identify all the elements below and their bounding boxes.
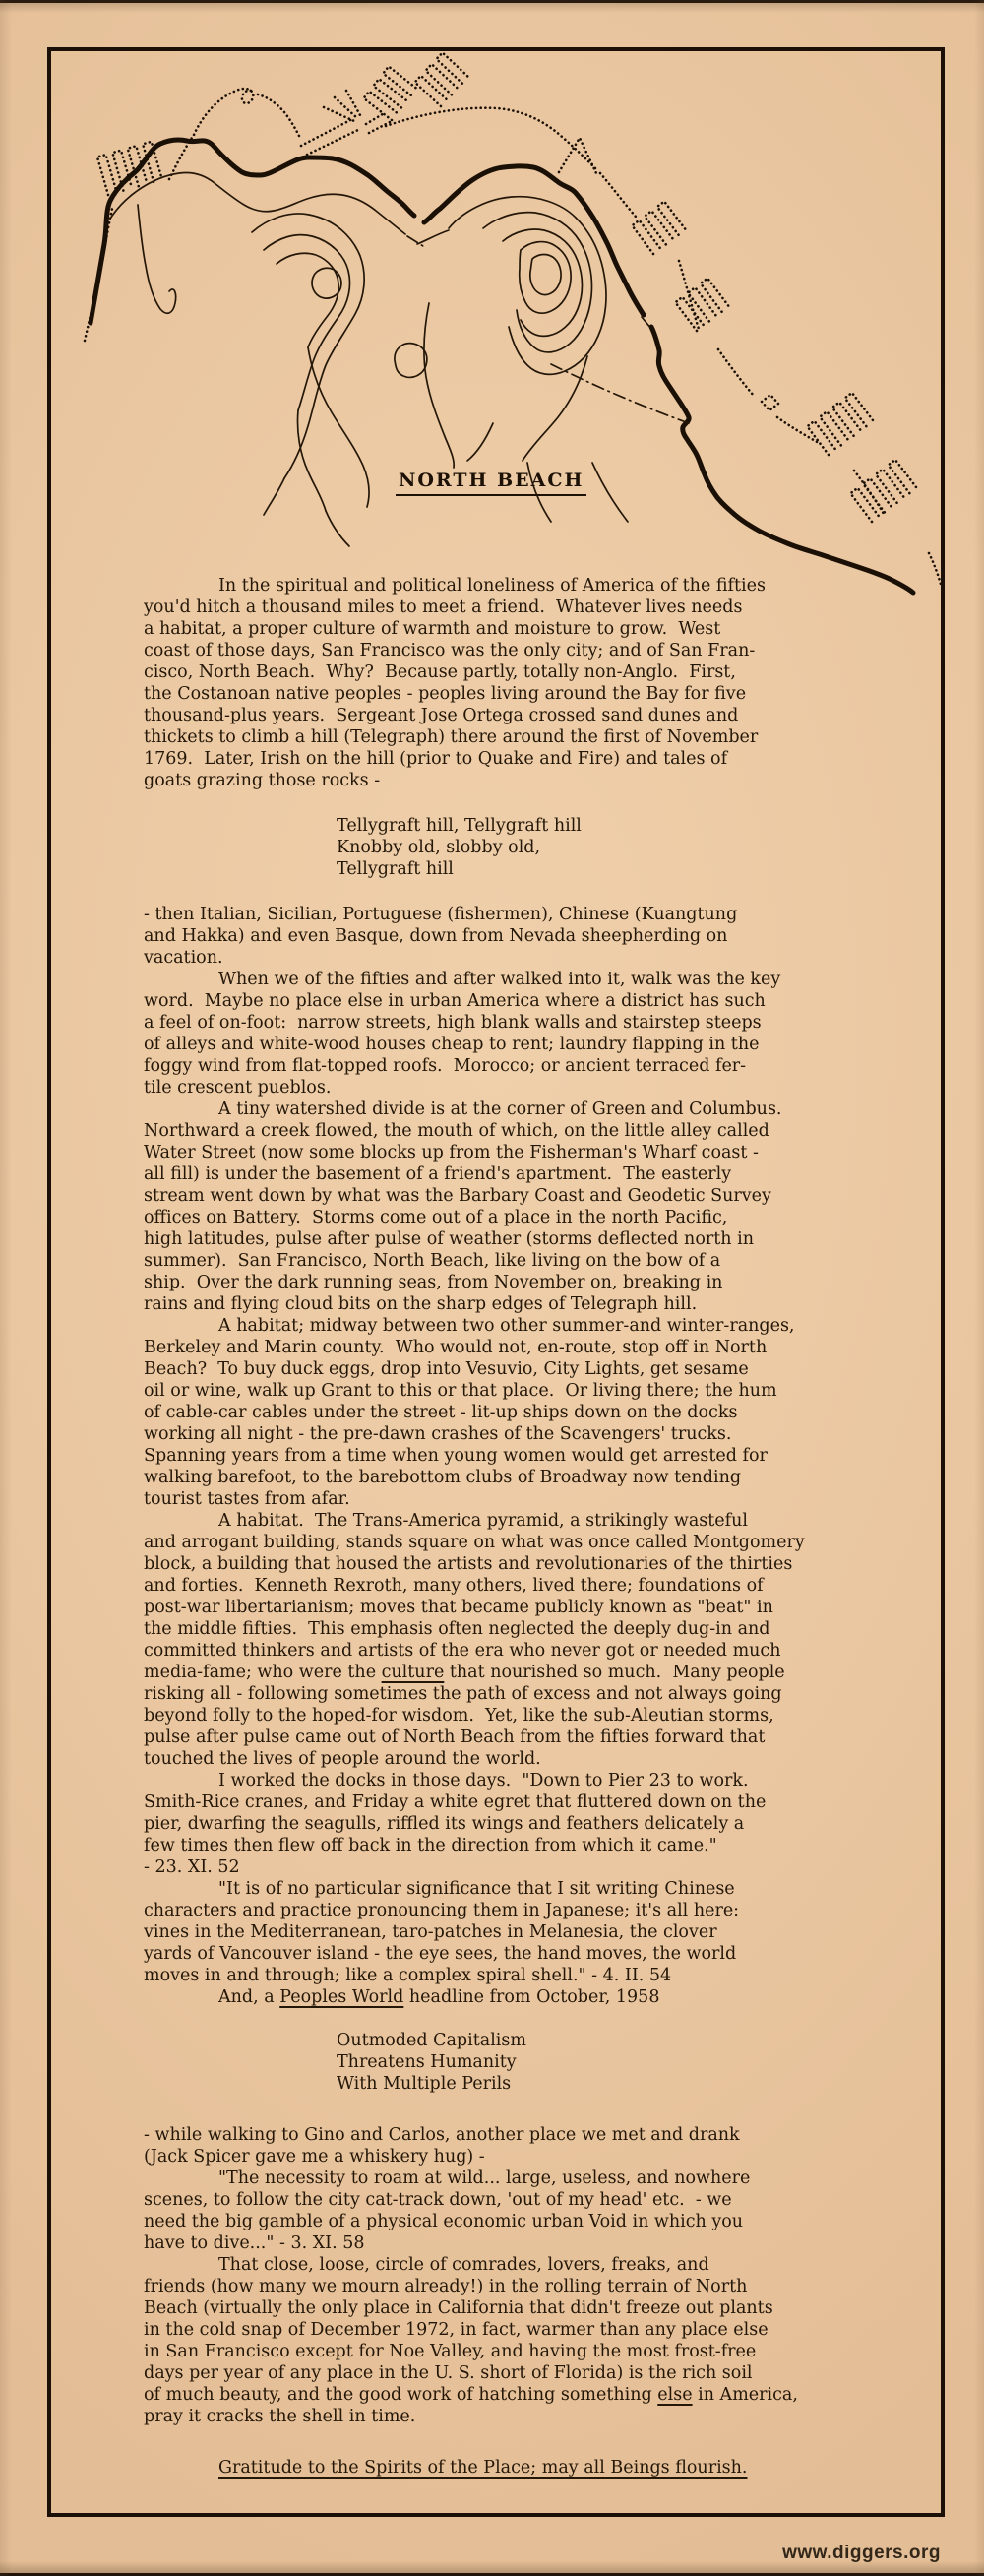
- text-line: rains and flying cloud bits on the sharp…: [144, 1293, 921, 1315]
- text-line: characters and practice pronouncing them…: [144, 1900, 921, 1921]
- paragraph-block: In the spiritual and political lonelines…: [144, 575, 921, 791]
- text-line: word. Maybe no place else in urban Ameri…: [144, 990, 921, 1012]
- text-line: cisco, North Beach. Why? Because partly,…: [144, 661, 921, 683]
- text-line: - while walking to Gino and Carlos, anot…: [144, 2124, 921, 2146]
- text-line: A habitat; midway between two other summ…: [144, 1315, 921, 1337]
- text-line: goats grazing those rocks -: [144, 770, 921, 791]
- text-line: in the cold snap of December 1972, in fa…: [144, 2319, 921, 2341]
- text-line: have to dive..." - 3. XI. 58: [144, 2232, 921, 2254]
- verse-block: Tellygraft hill, Tellygraft hillKnobby o…: [144, 815, 921, 880]
- text-line: Tellygraft hill, Tellygraft hill: [144, 815, 921, 837]
- text-line: I worked the docks in those days. "Down …: [144, 1770, 921, 1791]
- text-line: pulse after pulse came out of North Beac…: [144, 1727, 921, 1748]
- text-line: committed thinkers and artists of the er…: [144, 1640, 921, 1662]
- text-line: beyond folly to the hoped-for wisdom. Ye…: [144, 1705, 921, 1727]
- map-title: NORTH BEACH: [396, 470, 586, 496]
- text-line: foggy wind from flat-topped roofs. Moroc…: [144, 1055, 921, 1077]
- text-line: tourist tastes from afar.: [144, 1488, 921, 1510]
- text-line: Outmoded Capitalism: [144, 2030, 921, 2051]
- paragraph-block: I worked the docks in those days. "Down …: [144, 1770, 921, 1878]
- text-line: you'd hitch a thousand miles to meet a f…: [144, 597, 921, 618]
- text-line: of alleys and white-wood houses cheap to…: [144, 1034, 921, 1055]
- text-line: and Hakka) and even Basque, down from Ne…: [144, 925, 921, 947]
- text-line: stream went down by what was the Barbary…: [144, 1185, 921, 1207]
- text-line: 1769. Later, Irish on the hill (prior to…: [144, 748, 921, 770]
- text-line: of cable-car cables under the street - l…: [144, 1402, 921, 1423]
- text-line: pier, dwarfing the seagulls, riffled its…: [144, 1813, 921, 1835]
- text-line: walking barefoot, to the barebottom club…: [144, 1467, 921, 1488]
- text-line: Northward a creek flowed, the mouth of w…: [144, 1120, 921, 1142]
- paragraph-block: - then Italian, Sicilian, Portuguese (fi…: [144, 904, 921, 969]
- text-line: moves in and through; like a complex spi…: [144, 1965, 921, 1986]
- paragraph-block: - while walking to Gino and Carlos, anot…: [144, 2124, 921, 2168]
- closing-block: Gratitude to the Spirits of the Place; m…: [144, 2457, 921, 2479]
- text-line: coast of those days, San Francisco was t…: [144, 640, 921, 661]
- text-line: high latitudes, pulse after pulse of wea…: [144, 1228, 921, 1250]
- text-line: post-war libertarianism; moves that beca…: [144, 1597, 921, 1618]
- text-line: few times then flew off back in the dire…: [144, 1835, 921, 1856]
- text-line: vacation.: [144, 947, 921, 969]
- text-line: That close, loose, circle of comrades, l…: [144, 2254, 921, 2276]
- text-line: Spanning years from a time when young wo…: [144, 1445, 921, 1467]
- text-line: Smith-Rice cranes, and Friday a white eg…: [144, 1791, 921, 1813]
- document-body: In the spiritual and political lonelines…: [144, 575, 921, 2479]
- text-line: media-fame; who were the culture that no…: [144, 1662, 921, 1683]
- text-line: need the big gamble of a physical econom…: [144, 2211, 921, 2232]
- text-line: "It is of no particular significance tha…: [144, 1878, 921, 1900]
- text-line: in San Francisco except for Noe Valley, …: [144, 2341, 921, 2362]
- text-line: Water Street (now some blocks up from th…: [144, 1142, 921, 1163]
- text-line: working all night - the pre-dawn crashes…: [144, 1423, 921, 1445]
- text-line: oil or wine, walk up Grant to this or th…: [144, 1380, 921, 1402]
- text-line: and arrogant building, stands square on …: [144, 1532, 921, 1553]
- text-line: of much beauty, and the good work of hat…: [144, 2384, 921, 2406]
- text-line: And, a Peoples World headline from Octob…: [144, 1986, 921, 2008]
- text-line: In the spiritual and political lonelines…: [144, 575, 921, 597]
- text-line: tile crescent pueblos.: [144, 1077, 921, 1099]
- paragraph-block: That close, loose, circle of comrades, l…: [144, 2254, 921, 2427]
- paragraph-block: A habitat; midway between two other summ…: [144, 1315, 921, 1510]
- text-line: Knobby old, slobby old,: [144, 837, 921, 858]
- text-line: Threatens Humanity: [144, 2051, 921, 2073]
- text-line: risking all - following sometimes the pa…: [144, 1683, 921, 1705]
- text-line: thickets to climb a hill (Telegraph) the…: [144, 726, 921, 748]
- text-line: vines in the Mediterranean, taro-patches…: [144, 1921, 921, 1943]
- text-line: Berkeley and Marin county. Who would not…: [144, 1337, 921, 1358]
- text-line: Beach? To buy duck eggs, drop into Vesuv…: [144, 1358, 921, 1380]
- text-line: With Multiple Perils: [144, 2073, 921, 2095]
- text-line: a habitat, a proper culture of warmth an…: [144, 618, 921, 640]
- paragraph-block: When we of the fifties and after walked …: [144, 969, 921, 1099]
- scanned-poster-page: NORTH BEACH In the spiritual and politic…: [0, 0, 984, 2576]
- text-line: thousand-plus years. Sergeant Jose Orteg…: [144, 705, 921, 726]
- text-line: (Jack Spicer gave me a whiskery hug) -: [144, 2146, 921, 2168]
- text-line: Beach (virtually the only place in Calif…: [144, 2297, 921, 2319]
- text-line: friends (how many we mourn already!) in …: [144, 2276, 921, 2297]
- text-line: A habitat. The Trans-America pyramid, a …: [144, 1510, 921, 1532]
- north-beach-map: [0, 0, 984, 600]
- footer-url: www.diggers.org: [782, 2543, 941, 2564]
- text-line: ship. Over the dark running seas, from N…: [144, 1272, 921, 1293]
- text-line: Gratitude to the Spirits of the Place; m…: [144, 2457, 921, 2479]
- text-line: summer). San Francisco, North Beach, lik…: [144, 1250, 921, 1272]
- text-line: all fill) is under the basement of a fri…: [144, 1163, 921, 1185]
- text-line: - 23. XI. 52: [144, 1856, 921, 1878]
- text-line: touched the lives of people around the w…: [144, 1748, 921, 1770]
- text-line: A tiny watershed divide is at the corner…: [144, 1099, 921, 1120]
- text-line: days per year of any place in the U. S. …: [144, 2362, 921, 2384]
- text-line: a feel of on-foot: narrow streets, high …: [144, 1012, 921, 1034]
- text-line: and forties. Kenneth Rexroth, many other…: [144, 1575, 921, 1597]
- text-line: - then Italian, Sicilian, Portuguese (fi…: [144, 904, 921, 925]
- text-line: When we of the fifties and after walked …: [144, 969, 921, 990]
- text-line: Tellygraft hill: [144, 858, 921, 880]
- text-line: scenes, to follow the city cat-track dow…: [144, 2189, 921, 2211]
- paragraph-block: A habitat. The Trans-America pyramid, a …: [144, 1510, 921, 1770]
- headline-block: Outmoded CapitalismThreatens HumanityWit…: [144, 2030, 921, 2095]
- paragraph-block: A tiny watershed divide is at the corner…: [144, 1099, 921, 1315]
- text-line: yards of Vancouver island - the eye sees…: [144, 1943, 921, 1965]
- text-line: block, a building that housed the artist…: [144, 1553, 921, 1575]
- paragraph-block: "It is of no particular significance tha…: [144, 1878, 921, 1986]
- paragraph-block: And, a Peoples World headline from Octob…: [144, 1986, 921, 2008]
- text-line: the middle fifties. This emphasis often …: [144, 1618, 921, 1640]
- paragraph-block: "The necessity to roam at wild... large,…: [144, 2168, 921, 2254]
- text-line: offices on Battery. Storms come out of a…: [144, 1207, 921, 1228]
- text-line: pray it cracks the shell in time.: [144, 2406, 921, 2427]
- text-line: "The necessity to roam at wild... large,…: [144, 2168, 921, 2189]
- text-line: the Costanoan native peoples - peoples l…: [144, 683, 921, 705]
